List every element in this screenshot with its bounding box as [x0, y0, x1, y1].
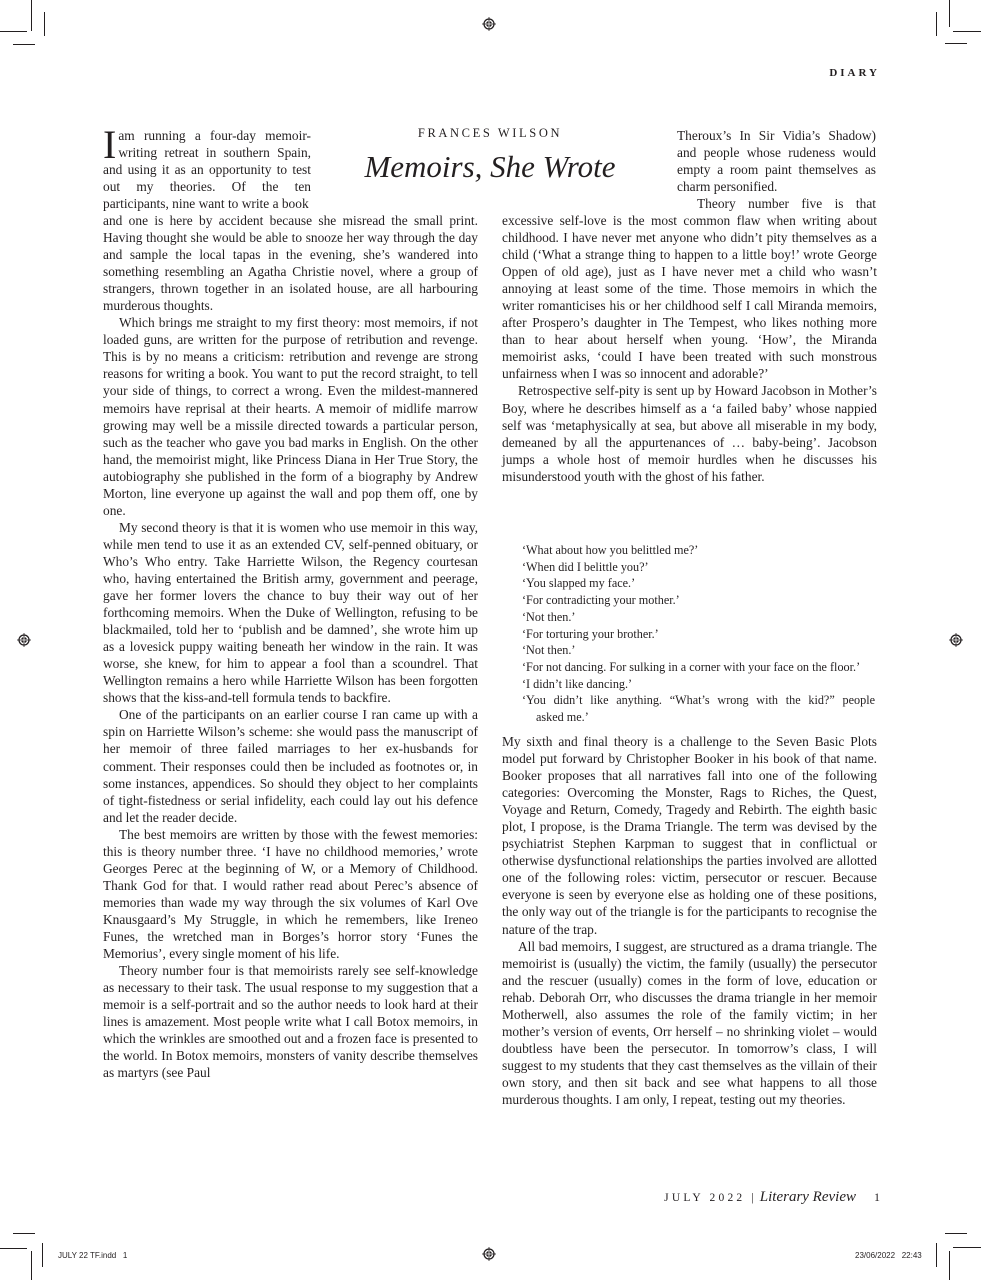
paragraph: Retrospective self-pity is sent up by Ho… — [502, 382, 877, 484]
dialogue-line: ‘For not dancing. For sulking in a corne… — [502, 659, 877, 676]
dialogue-line: ‘What about how you belittled me?’ — [502, 542, 877, 559]
right-column-bottom: My sixth and final theory is a challenge… — [502, 733, 877, 1108]
paragraph: All bad memoirs, I suggest, are structur… — [502, 938, 877, 1108]
paragraph: My second theory is that it is women who… — [103, 519, 478, 707]
right-column: excessive self-love is the most common f… — [502, 212, 877, 485]
drop-cap: I — [103, 129, 116, 161]
magazine-name: Literary Review — [760, 1189, 856, 1205]
dialogue-line: ‘Not then.’ — [502, 609, 877, 626]
paragraph: Which brings me straight to my first the… — [103, 314, 478, 519]
dialogue-line: asked me.’ — [502, 709, 877, 726]
crop-mark — [44, 12, 45, 36]
crop-mark — [13, 44, 35, 45]
crop-mark — [31, 0, 32, 31]
paragraph: excessive self-love is the most common f… — [502, 212, 877, 382]
paragraph: and one is here by accident because she … — [103, 212, 478, 314]
paragraph: The best memoirs are written by those wi… — [103, 826, 478, 962]
paragraph: One of the participants on an earlier co… — [103, 706, 478, 825]
crop-mark — [42, 1243, 43, 1267]
issue-date: JULY 2022 — [664, 1192, 745, 1204]
crop-mark — [953, 31, 981, 32]
crop-mark — [949, 0, 950, 27]
crop-mark — [31, 1251, 32, 1280]
byline: FRANCES WILSON — [330, 126, 650, 141]
registration-mark-icon — [482, 17, 496, 31]
page-number: 1 — [874, 1190, 880, 1204]
crop-mark — [13, 1233, 35, 1234]
paragraph: Theory number four is that memoirists ra… — [103, 962, 478, 1081]
crop-mark — [936, 1243, 937, 1267]
crop-mark — [949, 1251, 950, 1280]
crop-mark — [0, 31, 27, 32]
dialogue-line: ‘You didn’t like anything. “What’s wrong… — [502, 692, 877, 709]
dialogue-line: ‘When did I belittle you?’ — [502, 559, 877, 576]
crop-mark — [953, 1247, 981, 1248]
dialogue-line: ‘You slapped my face.’ — [502, 575, 877, 592]
running-head: DIARY — [780, 67, 880, 79]
paragraph: My sixth and final theory is a challenge… — [502, 733, 877, 938]
page-footer: JULY 2022|Literary Review1 — [600, 1189, 880, 1206]
article-title: Memoirs, She Wrote — [330, 149, 650, 185]
crop-mark — [945, 1233, 967, 1234]
intro-paragraph: Iam running a four-day memoir-writing re… — [103, 127, 311, 212]
paragraph: Theory number five is that — [677, 195, 876, 212]
registration-mark-icon — [17, 633, 31, 647]
crop-mark — [936, 12, 937, 36]
intro-text: am running a four-day memoir-writing ret… — [103, 128, 311, 211]
dialogue-line: ‘For torturing your brother.’ — [502, 626, 877, 643]
slug-timestamp: 23/06/2022 22:43 — [855, 1251, 922, 1260]
dialogue-line: ‘For contradicting your mother.’ — [502, 592, 877, 609]
right-column-top: Theroux’s In Sir Vidia’s Shadow) and peo… — [677, 127, 876, 212]
crop-mark — [945, 43, 967, 44]
crop-mark — [0, 1248, 27, 1249]
registration-mark-icon — [949, 633, 963, 647]
dialogue-excerpt: ‘What about how you belittled me?’ ‘When… — [502, 542, 877, 726]
registration-mark-icon — [482, 1247, 496, 1261]
dialogue-line: ‘Not then.’ — [502, 642, 877, 659]
paragraph: Theroux’s In Sir Vidia’s Shadow) and peo… — [677, 127, 876, 195]
dialogue-line: ‘I didn’t like dancing.’ — [502, 676, 877, 693]
left-column: and one is here by accident because she … — [103, 212, 478, 1081]
slug-filename: JULY 22 TF.indd 1 — [58, 1251, 127, 1260]
footer-separator: | — [751, 1190, 753, 1204]
